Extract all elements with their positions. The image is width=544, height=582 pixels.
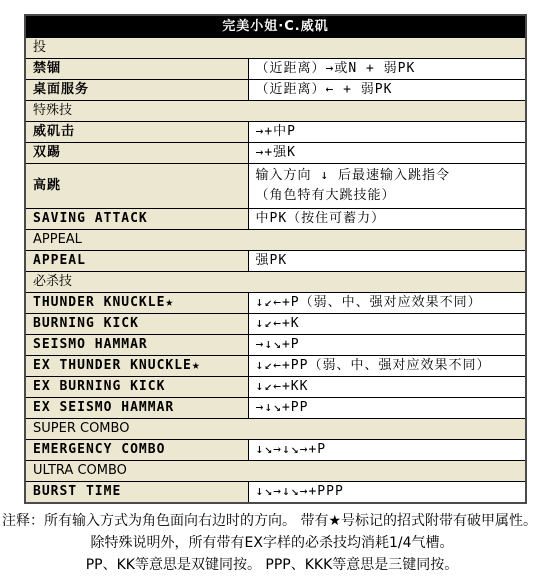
- move-command-cell: ↓↙←+K: [248, 314, 526, 335]
- move-row: EX SEISMO HAMMAR→↓↘+PP: [25, 398, 526, 419]
- move-command-cell: ↓↙←+PP（弱、中、强对应效果不同）: [248, 356, 526, 377]
- move-name-cell: 禁锢: [25, 59, 248, 80]
- move-row: 禁锢（近距离）→或N + 弱PK: [25, 59, 526, 80]
- move-row: 威矶击→+中P: [25, 122, 526, 143]
- section-row: 特殊技: [25, 101, 526, 122]
- move-name-cell: BURNING KICK: [25, 314, 248, 335]
- move-command-cell: ↓↙←+P（弱、中、强对应效果不同）: [248, 293, 526, 314]
- move-row: 双踢→+强K: [25, 143, 526, 164]
- section-label: 特殊技: [25, 101, 526, 122]
- notes: 注释：所有输入方式为角色面向右边时的方向。 带有★号标记的招式附带有破甲属性。 …: [0, 510, 544, 576]
- move-command-cell: →+中P: [248, 122, 526, 143]
- move-row: APPEAL强PK: [25, 251, 526, 272]
- page: 完美小姐·C.威矶 投禁锢（近距离）→或N + 弱PK桌面服务（近距离）← + …: [0, 0, 544, 582]
- section-row: SUPER COMBO: [25, 419, 526, 440]
- move-row: SEISMO HAMMAR→↓↘+P: [25, 335, 526, 356]
- character-title: 完美小姐·C.威矶: [25, 15, 526, 38]
- section-row: 投: [25, 38, 526, 59]
- move-command-cell: ↓↙←+KK: [248, 377, 526, 398]
- command-line: （角色特有大跳技能）: [256, 186, 519, 206]
- title-row: 完美小姐·C.威矶: [25, 15, 526, 38]
- move-command-cell: →↓↘+PP: [248, 398, 526, 419]
- move-row: BURNING KICK↓↙←+K: [25, 314, 526, 335]
- move-row: BURST TIME↓↘→↓↘→+PPP: [25, 482, 526, 504]
- move-name-cell: EX SEISMO HAMMAR: [25, 398, 248, 419]
- move-command-cell: 强PK: [248, 251, 526, 272]
- note-line-2: 除特殊说明外，所有带有EX字样的必杀技均消耗1/4气槽。: [0, 532, 544, 554]
- move-table-body: 完美小姐·C.威矶 投禁锢（近距离）→或N + 弱PK桌面服务（近距离）← + …: [25, 15, 526, 503]
- move-command-cell: 中PK（按住可蓄力）: [248, 209, 526, 230]
- move-command-cell: →+强K: [248, 143, 526, 164]
- note-line-1: 注释：所有输入方式为角色面向右边时的方向。 带有★号标记的招式附带有破甲属性。: [0, 510, 544, 532]
- move-name-cell: THUNDER KNUCKLE★: [25, 293, 248, 314]
- move-name-cell: EX BURNING KICK: [25, 377, 248, 398]
- section-row: APPEAL: [25, 230, 526, 251]
- move-name-cell: 桌面服务: [25, 80, 248, 101]
- move-name-cell: APPEAL: [25, 251, 248, 272]
- command-line: 输入方向 ↓ 后最速输入跳指令: [256, 166, 519, 186]
- section-label: 投: [25, 38, 526, 59]
- section-row: 必杀技: [25, 272, 526, 293]
- move-command-cell: （近距离）→或N + 弱PK: [248, 59, 526, 80]
- note-line-3: PP、KK等意思是双键同按。 PPP、KKK等意思是三键同按。: [0, 554, 544, 576]
- move-command-cell: →↓↘+P: [248, 335, 526, 356]
- section-label: SUPER COMBO: [25, 419, 526, 440]
- move-name-cell: SAVING ATTACK: [25, 209, 248, 230]
- move-table: 完美小姐·C.威矶 投禁锢（近距离）→或N + 弱PK桌面服务（近距离）← + …: [24, 14, 527, 504]
- section-row: ULTRA COMBO: [25, 461, 526, 482]
- move-name-cell: 威矶击: [25, 122, 248, 143]
- move-row: EMERGENCY COMBO↓↘→↓↘→+P: [25, 440, 526, 461]
- section-label: ULTRA COMBO: [25, 461, 526, 482]
- move-command-cell: 输入方向 ↓ 后最速输入跳指令（角色特有大跳技能）: [248, 164, 526, 209]
- move-name-cell: SEISMO HAMMAR: [25, 335, 248, 356]
- move-name-cell: BURST TIME: [25, 482, 248, 504]
- section-label: APPEAL: [25, 230, 526, 251]
- move-row: THUNDER KNUCKLE★↓↙←+P（弱、中、强对应效果不同）: [25, 293, 526, 314]
- move-row: 桌面服务（近距离）← + 弱PK: [25, 80, 526, 101]
- move-row: EX THUNDER KNUCKLE★↓↙←+PP（弱、中、强对应效果不同）: [25, 356, 526, 377]
- move-row: 高跳输入方向 ↓ 后最速输入跳指令（角色特有大跳技能）: [25, 164, 526, 209]
- move-name-cell: EMERGENCY COMBO: [25, 440, 248, 461]
- move-name-cell: 高跳: [25, 164, 248, 209]
- move-name-cell: EX THUNDER KNUCKLE★: [25, 356, 248, 377]
- move-name-cell: 双踢: [25, 143, 248, 164]
- section-label: 必杀技: [25, 272, 526, 293]
- move-row: EX BURNING KICK↓↙←+KK: [25, 377, 526, 398]
- move-row: SAVING ATTACK中PK（按住可蓄力）: [25, 209, 526, 230]
- move-command-cell: ↓↘→↓↘→+PPP: [248, 482, 526, 504]
- move-command-cell: ↓↘→↓↘→+P: [248, 440, 526, 461]
- move-command-cell: （近距离）← + 弱PK: [248, 80, 526, 101]
